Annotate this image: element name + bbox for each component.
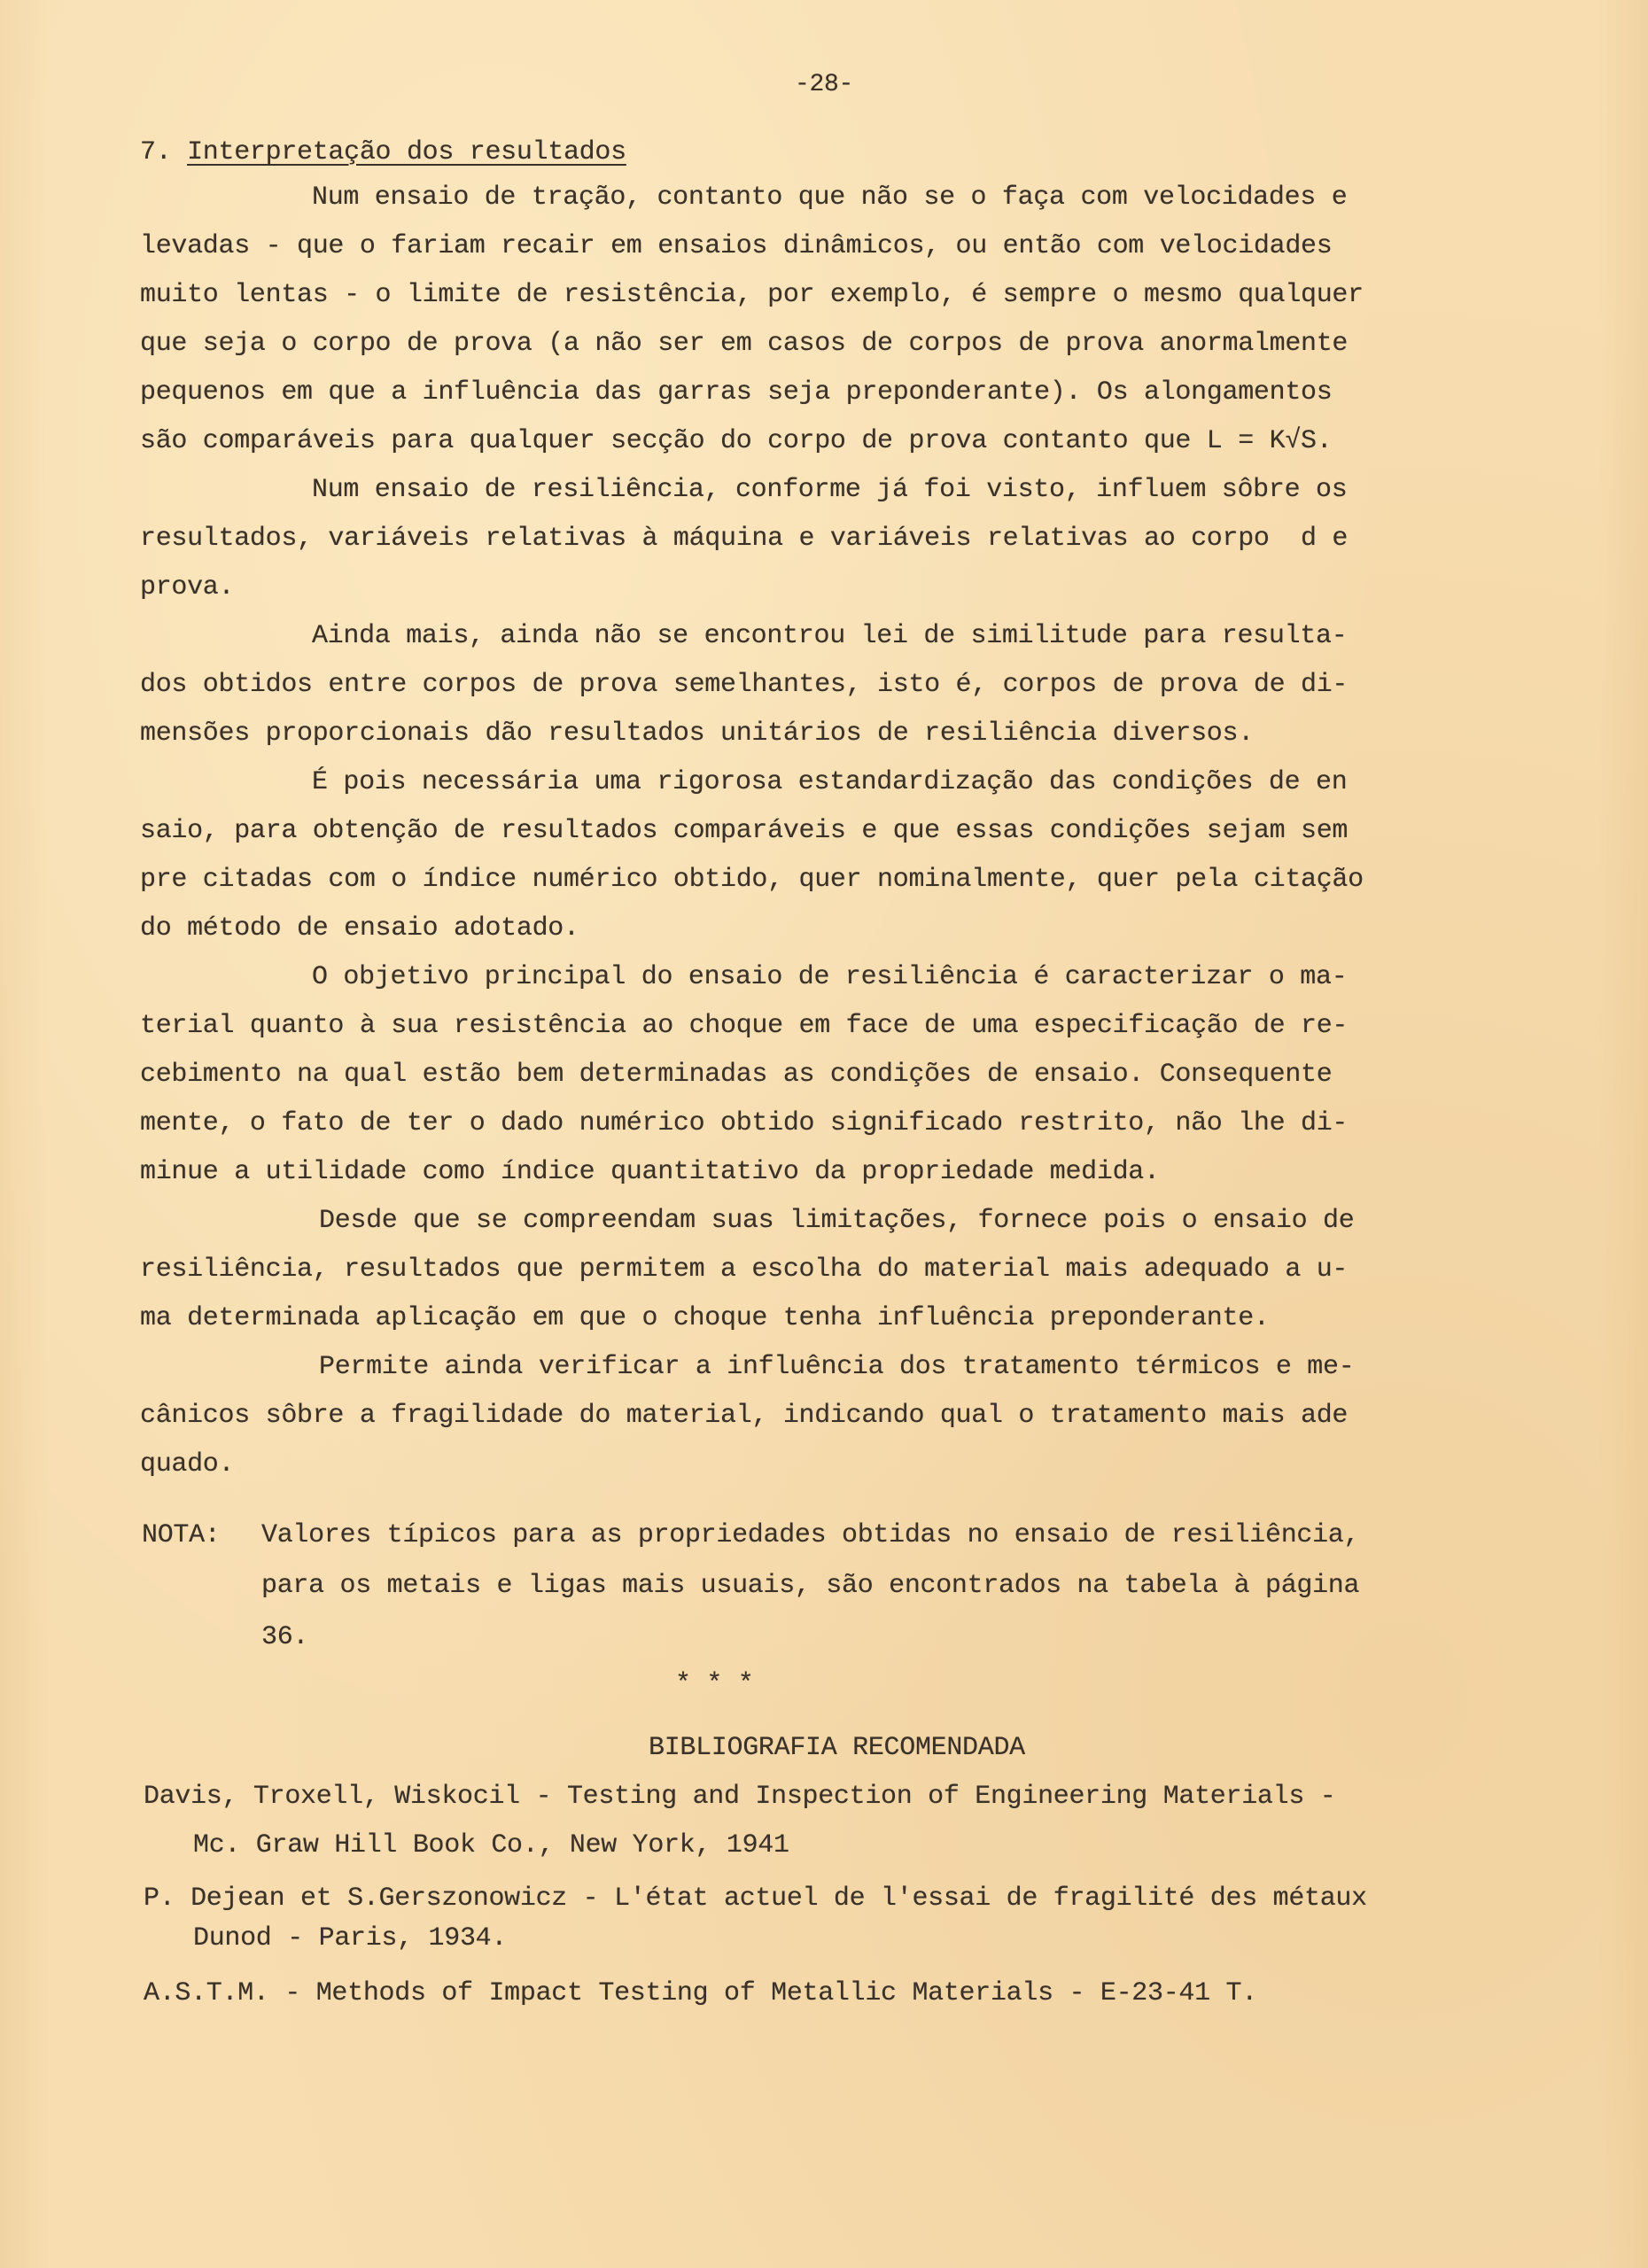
body-line: são comparáveis para qualquer secção do …: [140, 425, 1332, 457]
body-line: dos obtidos entre corpos de prova semelh…: [140, 669, 1348, 701]
section-number: 7.: [140, 137, 171, 167]
bibliography-entry-continuation: Dunod - Paris, 1934.: [193, 1922, 507, 1954]
body-line: prova.: [140, 571, 234, 603]
document-page: -28- 7. Interpretação dos resultados Num…: [0, 0, 1648, 2268]
body-line: Ainda mais, ainda não se encontrou lei d…: [312, 620, 1347, 652]
body-line: mensões proporcionais dão resultados uni…: [140, 718, 1254, 750]
page-number: -28-: [0, 69, 1648, 101]
body-line: resiliência, resultados que permitem a e…: [140, 1254, 1348, 1285]
body-line: levadas - que o fariam recair em ensaios…: [140, 230, 1332, 262]
body-line: pequenos em que a influência das garras …: [140, 377, 1332, 408]
body-line: Num ensaio de tração, contanto que não s…: [312, 182, 1347, 214]
body-line: Desde que se compreendam suas limitações…: [319, 1205, 1354, 1237]
note-line: Valores típicos para as propriedades obt…: [261, 1519, 1359, 1551]
body-line: ma determinada aplicação em que o choque…: [140, 1302, 1270, 1334]
body-line: pre citadas com o índice numérico obtido…: [140, 864, 1364, 896]
bibliography-entry: Davis, Troxell, Wiskocil - Testing and I…: [144, 1781, 1335, 1813]
body-line: minue a utilidade como índice quantitati…: [140, 1156, 1160, 1188]
body-line: do método de ensaio adotado.: [140, 913, 579, 944]
body-line: cânicos sôbre a fragilidade do material,…: [140, 1400, 1348, 1432]
section-title: Interpretação dos resultados: [187, 137, 626, 167]
body-line: quado.: [140, 1449, 234, 1480]
body-line: saio, para obtenção de resultados compar…: [140, 815, 1348, 847]
bibliography-entry: A.S.T.M. - Methods of Impact Testing of …: [144, 1977, 1257, 2009]
body-line: O objetivo principal do ensaio de resili…: [312, 961, 1347, 993]
body-line: É pois necessária uma rigorosa estandard…: [312, 766, 1347, 798]
body-line: mente, o fato de ter o dado numérico obt…: [140, 1107, 1348, 1139]
body-line: Permite ainda verificar a influência dos…: [319, 1351, 1354, 1383]
body-line: terial quanto à sua resistência ao choqu…: [140, 1010, 1348, 1042]
body-line: que seja o corpo de prova (a não ser em …: [140, 328, 1348, 360]
body-line: Num ensaio de resiliência, conforme já f…: [312, 474, 1347, 506]
body-line: muito lentas - o limite de resistência, …: [140, 279, 1364, 311]
section-separator: * * *: [675, 1668, 754, 1700]
bibliography-entry: P. Dejean et S.Gerszonowicz - L'état act…: [144, 1883, 1367, 1915]
note-label: NOTA:: [142, 1519, 221, 1551]
bibliography-entry-continuation: Mc. Graw Hill Book Co., New York, 1941: [193, 1829, 789, 1861]
body-line: cebimento na qual estão bem determinadas…: [140, 1059, 1332, 1091]
note-line: para os metais e ligas mais usuais, são …: [261, 1570, 1359, 1602]
note-line: 36.: [261, 1621, 308, 1653]
body-line: resultados, variáveis relativas à máquin…: [140, 523, 1348, 555]
bibliography-title: BIBLIOGRAFIA RECOMENDADA: [649, 1732, 1025, 1764]
section-heading: 7. Interpretação dos resultados: [140, 136, 626, 168]
